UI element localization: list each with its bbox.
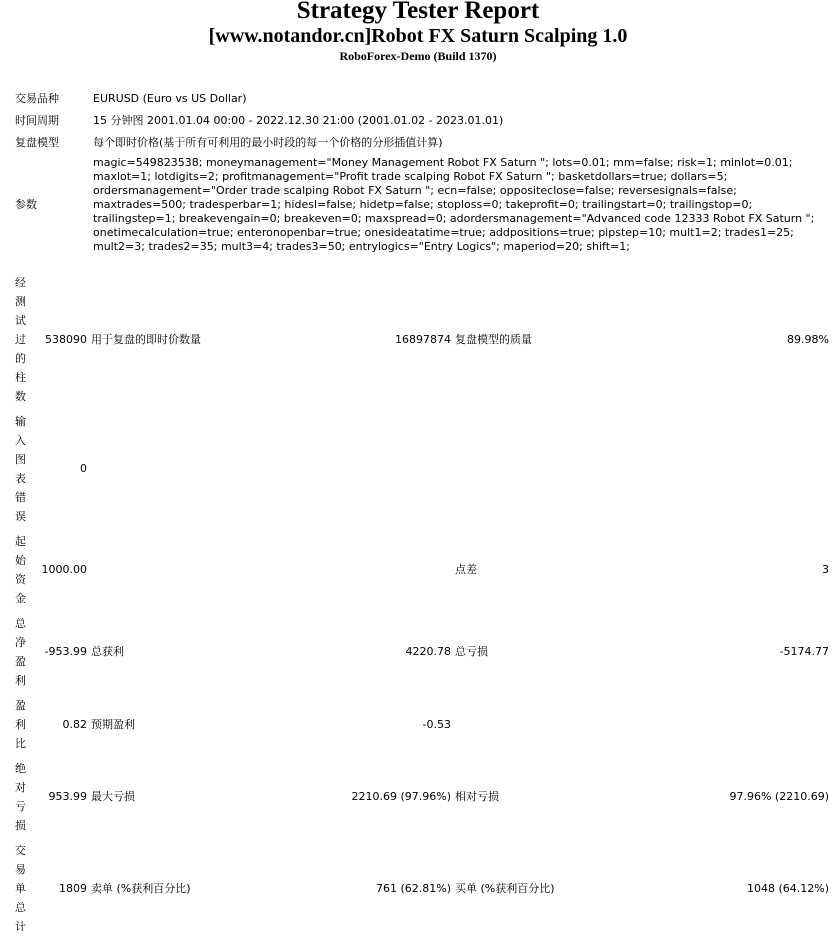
- stat-value3: 89.98%: [623, 270, 831, 409]
- stat-label: 绝对亏损: [13, 756, 33, 838]
- stat-label2: 卖单 (%获利百分比): [89, 838, 289, 865]
- stat-label3: [453, 409, 623, 529]
- stat-value: 0.82: [33, 693, 89, 756]
- server-build: RoboForex-Demo (Build 1370): [0, 48, 836, 64]
- period-row: 时间周期 15 分钟图 2001.01.04 00:00 - 2022.12.3…: [13, 110, 831, 132]
- stat-label: 经测试过的柱数: [13, 270, 33, 409]
- params-value: magic=549823538; moneymanagement="Money …: [91, 154, 831, 256]
- period-value: 15 分钟图 2001.01.04 00:00 - 2022.12.30 21:…: [91, 110, 831, 132]
- stat-value2: 761 (62.81%): [289, 838, 453, 865]
- stat-label2: 总获利: [89, 611, 289, 693]
- stat-label3: [453, 693, 623, 756]
- stat-value3: -5174.77: [623, 611, 831, 693]
- stat-value3: 1048 (64.12%): [623, 838, 831, 865]
- stat-value: 0: [33, 409, 89, 529]
- stat-value: 1809: [33, 838, 89, 865]
- params-label: 参数: [13, 154, 91, 256]
- report-table: 交易品种 EURUSD (Euro vs US Dollar) 时间周期 15 …: [13, 88, 831, 256]
- stat-label3: 相对亏损: [453, 756, 623, 838]
- stat-label: 盈利比: [13, 693, 33, 756]
- stat-value2: 4220.78: [289, 611, 453, 693]
- stat-label2: 用于复盘的即时价数量: [89, 270, 289, 409]
- stat-label3: 总亏损: [453, 611, 623, 693]
- report-title: Strategy Tester Report: [0, 0, 836, 24]
- stat-label2: 预期盈利: [89, 693, 289, 756]
- model-value: 每个即时价格(基于所有可利用的最小时段的每一个价格的分形插值计算): [91, 132, 831, 154]
- stat-value: 1000.00: [33, 529, 89, 611]
- stats-row: 总净盈利-953.99总获利4220.78总亏损-5174.77: [13, 611, 831, 693]
- stat-label: 交易单总计: [13, 838, 33, 865]
- stat-value2: 2210.69 (97.96%): [289, 756, 453, 838]
- params-row: 参数 magic=549823538; moneymanagement="Mon…: [13, 154, 831, 256]
- stat-value3: [623, 693, 831, 756]
- stat-label: 起始资金: [13, 529, 33, 611]
- symbol-label: 交易品种: [13, 88, 91, 110]
- stat-value2: [289, 529, 453, 611]
- expert-name: [www.notandor.cn]Robot FX Saturn Scalpin…: [0, 24, 836, 48]
- stat-value2: -0.53: [289, 693, 453, 756]
- period-label: 时间周期: [13, 110, 91, 132]
- stats-table: 经测试过的柱数538090用于复盘的即时价数量16897874复盘模型的质量89…: [13, 270, 831, 865]
- stats-row: 输入图表错误0: [13, 409, 831, 529]
- stats-row: 盈利比0.82预期盈利-0.53: [13, 693, 831, 756]
- stat-value2: 16897874: [289, 270, 453, 409]
- model-row: 复盘模型 每个即时价格(基于所有可利用的最小时段的每一个价格的分形插值计算): [13, 132, 831, 154]
- symbol-row: 交易品种 EURUSD (Euro vs US Dollar): [13, 88, 831, 110]
- stat-label2: [89, 529, 289, 611]
- stat-value: 953.99: [33, 756, 89, 838]
- stat-label2: 最大亏损: [89, 756, 289, 838]
- stats-row: 经测试过的柱数538090用于复盘的即时价数量16897874复盘模型的质量89…: [13, 270, 831, 409]
- stats-row: 绝对亏损953.99最大亏损2210.69 (97.96%)相对亏损97.96%…: [13, 756, 831, 838]
- stat-label2: [89, 409, 289, 529]
- stat-value3: [623, 409, 831, 529]
- stat-label: 输入图表错误: [13, 409, 33, 529]
- stat-value: -953.99: [33, 611, 89, 693]
- stat-value3: 3: [623, 529, 831, 611]
- stat-label: 总净盈利: [13, 611, 33, 693]
- symbol-value: EURUSD (Euro vs US Dollar): [91, 88, 831, 110]
- stat-label3: 点差: [453, 529, 623, 611]
- report-header: Strategy Tester Report [www.notandor.cn]…: [0, 0, 836, 64]
- model-label: 复盘模型: [13, 132, 91, 154]
- stats-row: 交易单总计1809卖单 (%获利百分比)761 (62.81%)买单 (%获利百…: [13, 838, 831, 865]
- stats-row: 起始资金1000.00点差3: [13, 529, 831, 611]
- stat-label3: 买单 (%获利百分比): [453, 838, 623, 865]
- stat-value3: 97.96% (2210.69): [623, 756, 831, 838]
- stat-value2: [289, 409, 453, 529]
- stat-value: 538090: [33, 270, 89, 409]
- stat-label3: 复盘模型的质量: [453, 270, 623, 409]
